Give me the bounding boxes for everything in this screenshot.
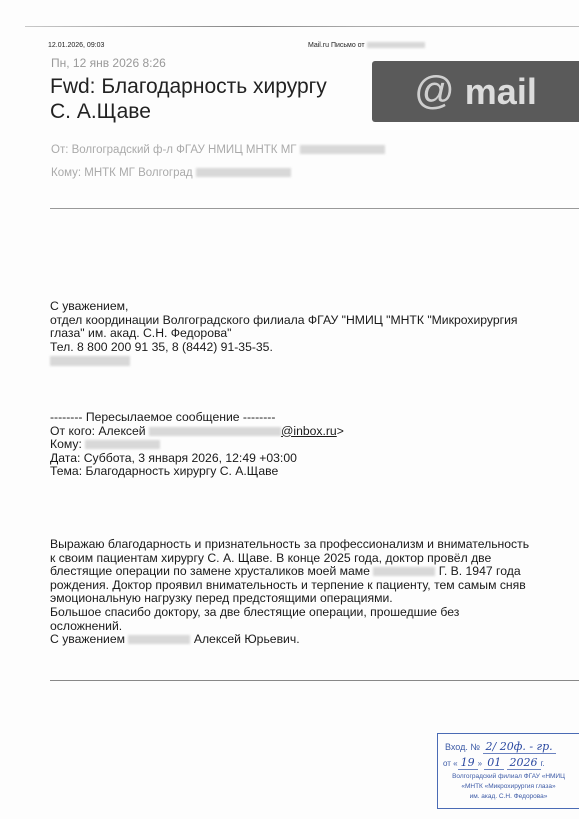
stamp-incoming-number: Вход. № 2/ 20ф. - гр. [445,740,556,753]
redacted-from-email [300,145,385,154]
forwarded-message-header: -------- Пересылаемое сообщение --------… [50,411,550,479]
redacted-signature-line [50,356,130,366]
redacted-to-email [196,168,291,177]
forward-separator: -------- Пересылаемое сообщение -------- [50,411,550,425]
header-divider [50,208,579,209]
message-body: Выражаю благодарность и признательность … [50,538,575,647]
message-to: Кому: МНТК МГ Волгоград [51,167,291,179]
forward-subject: Тема: Благодарность хирургу С. А.Щаве [50,465,550,479]
message-from: От: Волгоградский ф-л ФГАУ НМИЦ МНТК МГ [51,144,385,156]
print-header: 12.01.2026, 09:03 Mail.ru Письмо от [48,42,579,54]
print-datetime: 12.01.2026, 09:03 [48,42,104,49]
logo-text: mail [465,71,537,113]
mail-ru-logo: @ mail [372,61,579,122]
sender-signature: С уважением, отдел координации Волгоград… [50,300,570,368]
message-date: Пн, 12 янв 2026 8:26 [51,56,166,70]
forward-from: От кого: Алексей @inbox.ru> [50,425,550,439]
scan-edge-line [25,26,579,27]
redacted-surname [373,567,435,576]
message-subject: Fwd: Благодарность хирургу С. А.Щаве [50,74,370,124]
footer-divider [50,680,579,681]
at-sign-icon: @ [414,69,455,114]
forward-from-email-link[interactable]: @inbox.ru [281,424,337,438]
registration-stamp: Вход. № 2/ 20ф. - гр. от «19» 01 2026г. … [437,733,579,809]
redacted-sender [367,42,425,48]
forward-date: Дата: Суббота, 3 января 2026, 12:49 +03:… [50,452,550,466]
stamp-date: от «19» 01 2026г. [443,756,545,769]
redacted-author-surname [128,635,190,644]
redacted-forward-from [149,427,281,436]
redacted-forward-to [85,440,160,449]
forward-to: Кому: [50,438,550,452]
print-title: Mail.ru Письмо от [308,42,425,49]
